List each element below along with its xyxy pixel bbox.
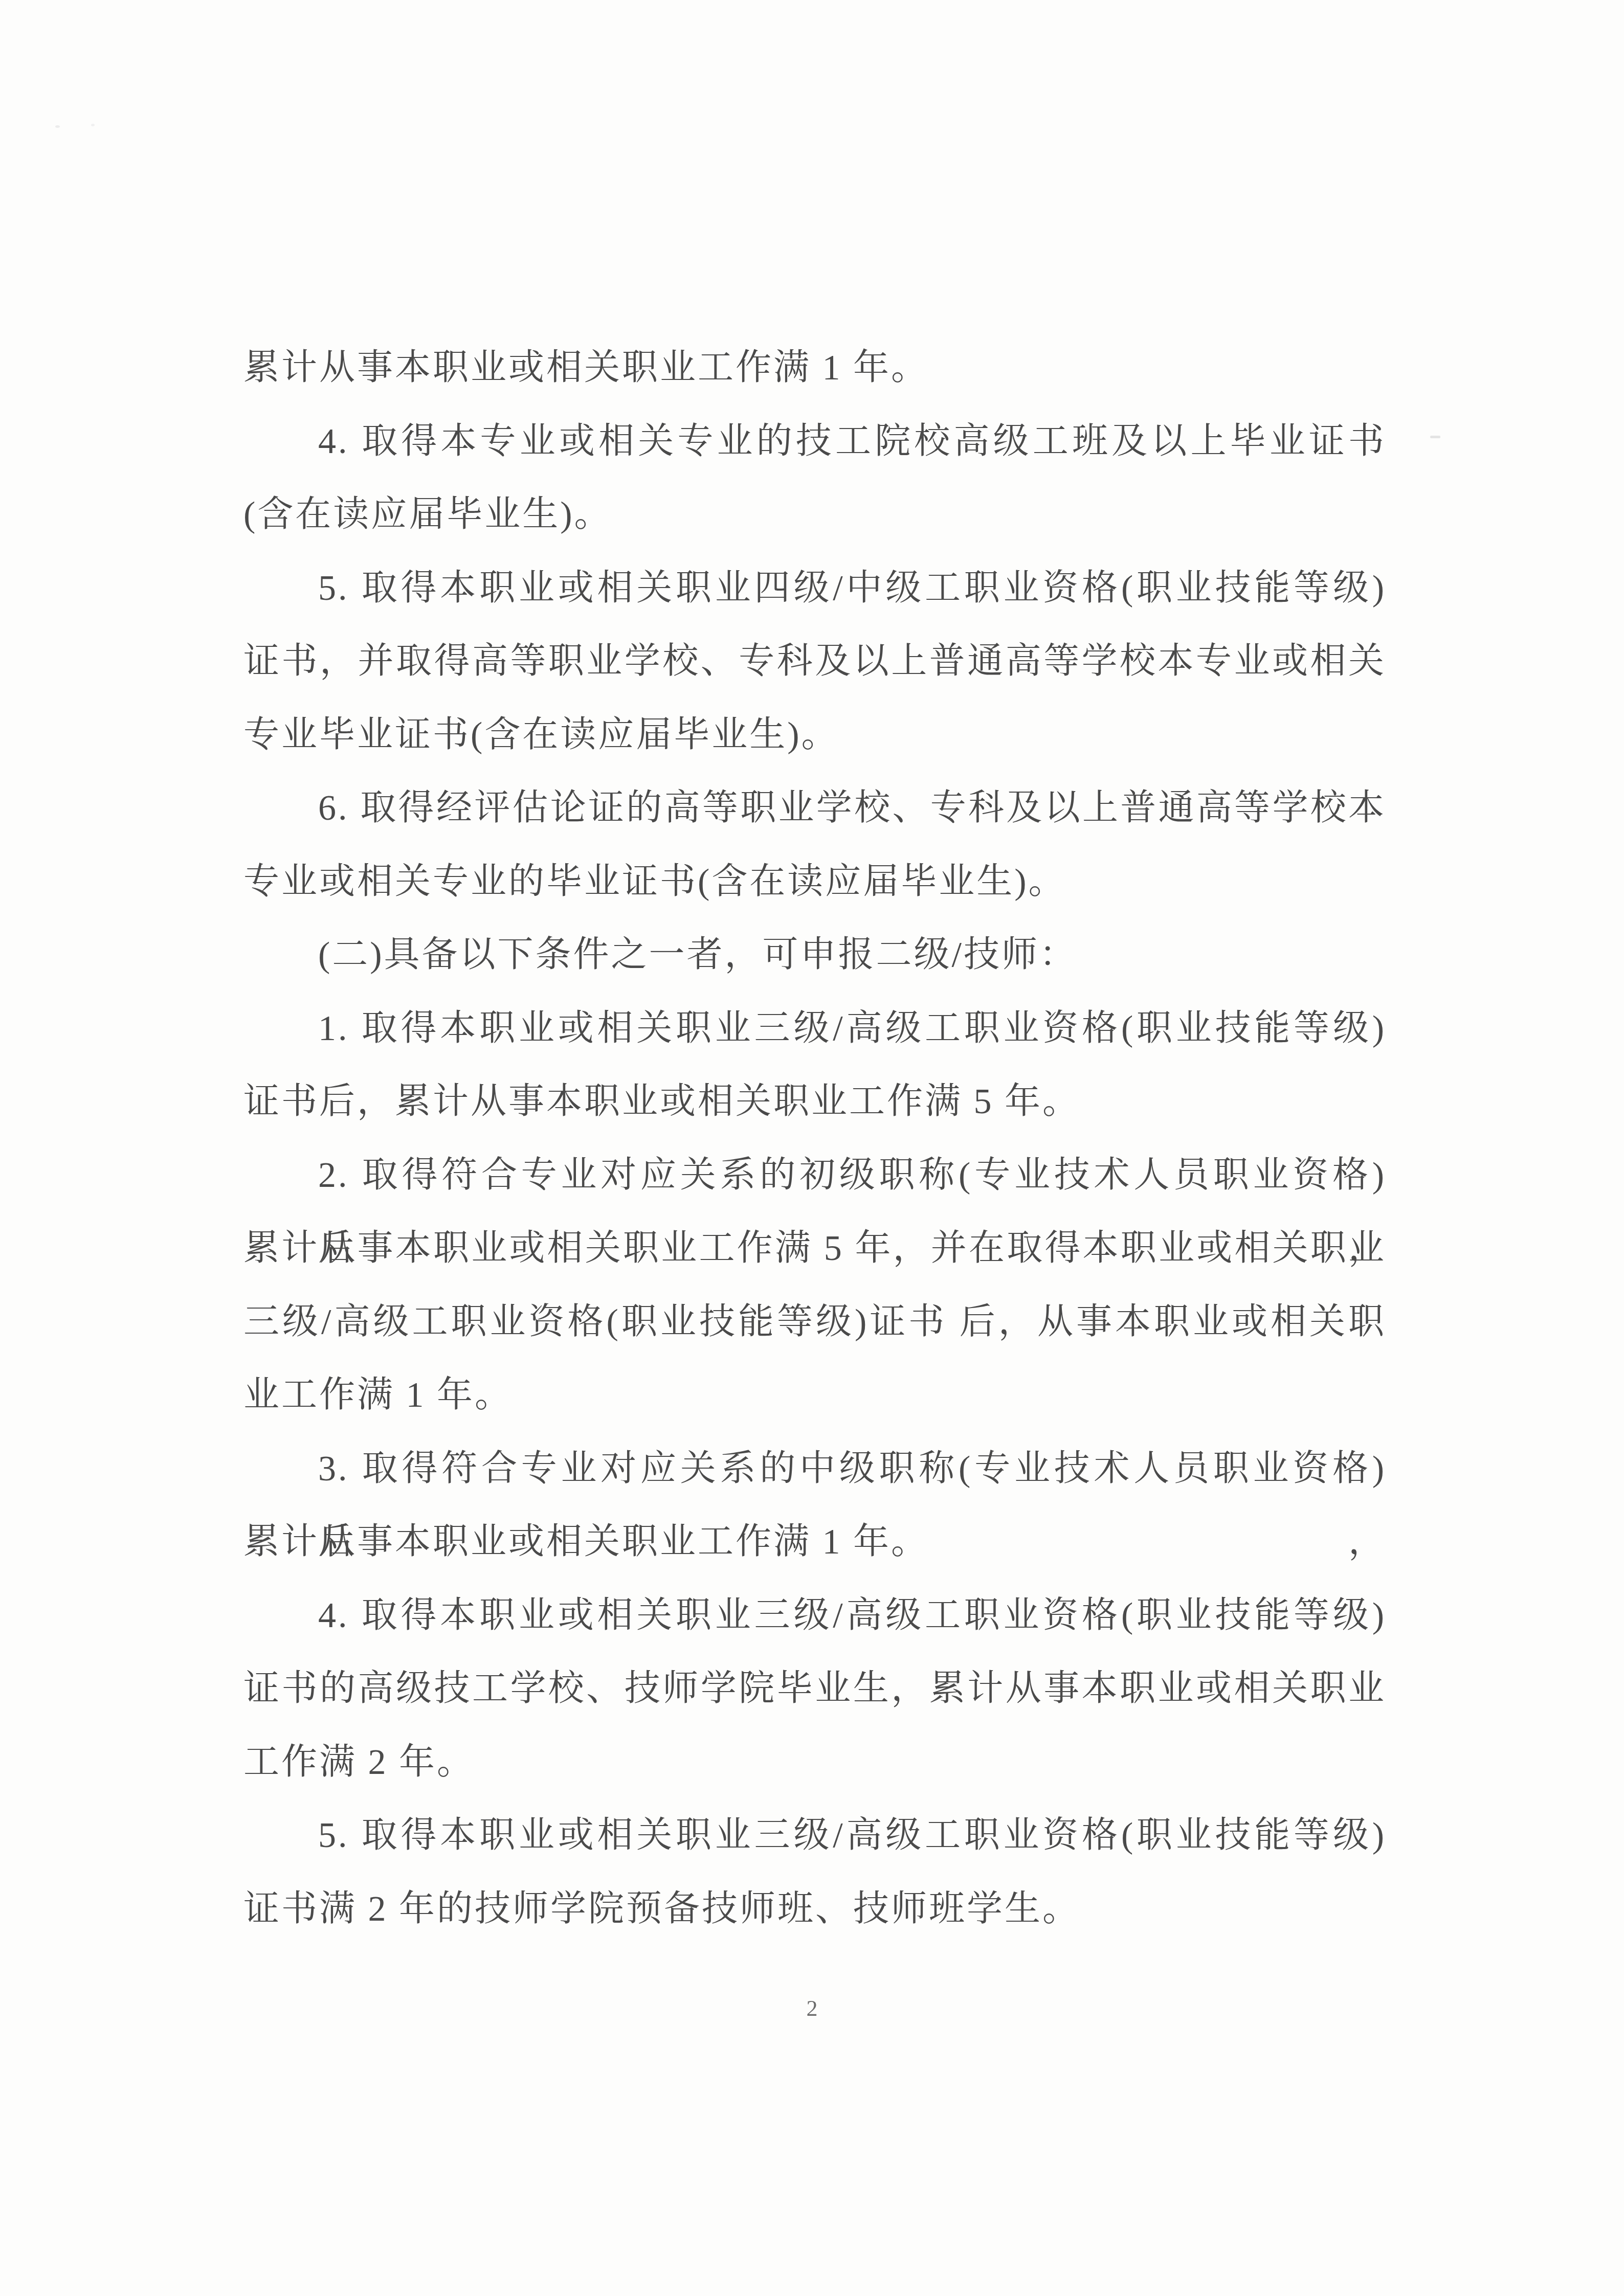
text-line: 三级/高级工职业资格(职业技能等级)证书 后，从事本职业或相关职: [243, 1286, 1386, 1359]
text-line: 4. 取得本职业或相关职业三级/高级工职业资格(职业技能等级): [243, 1579, 1386, 1653]
text-line: 证书的高级技工学校、技师学院毕业生，累计从事本职业或相关职业: [243, 1652, 1386, 1726]
text-line: 2. 取得符合专业对应关系的初级职称(专业技术人员职业资格)后，: [243, 1139, 1386, 1212]
text-line: 4. 取得本专业或相关专业的技工院校高级工班及以上毕业证书: [243, 405, 1386, 479]
scan-speck: [55, 125, 60, 128]
text-line: (含在读应届毕业生)。: [243, 478, 1386, 552]
text-line: 证书满 2 年的技师学院预备技师班、技师班学生。: [243, 1873, 1386, 1946]
text-line: 业工作满 1 年。: [243, 1359, 1386, 1432]
text-line: 6. 取得经评估论证的高等职业学校、专科及以上普通高等学校本: [243, 772, 1386, 845]
text-line: 证书，并取得高等职业学校、专科及以上普通高等学校本专业或相关: [243, 625, 1386, 699]
scan-speck: [91, 124, 95, 126]
text-line: 5. 取得本职业或相关职业三级/高级工职业资格(职业技能等级): [243, 1799, 1386, 1873]
text-line: 累计从事本职业或相关职业工作满 5 年，并在取得本职业或相关职业: [243, 1212, 1386, 1286]
page-number: 2: [0, 1993, 1624, 2024]
text-line: 证书后，累计从事本职业或相关职业工作满 5 年。: [243, 1065, 1386, 1139]
text-line: 专业或相关专业的毕业证书(含在读应届毕业生)。: [243, 845, 1386, 919]
scan-speck: [1430, 436, 1440, 438]
text-line: (二)具备以下条件之一者，可申报二级/技师：: [243, 918, 1386, 992]
text-line: 5. 取得本职业或相关职业四级/中级工职业资格(职业技能等级): [243, 552, 1386, 625]
document-page: 累计从事本职业或相关职业工作满 1 年。 4. 取得本专业或相关专业的技工院校高…: [0, 0, 1624, 2296]
text-line: 1. 取得本职业或相关职业三级/高级工职业资格(职业技能等级): [243, 992, 1386, 1066]
text-line: 专业毕业证书(含在读应届毕业生)。: [243, 699, 1386, 772]
text-line: 3. 取得符合专业对应关系的中级职称(专业技术人员职业资格)后，: [243, 1432, 1386, 1506]
text-line: 工作满 2 年。: [243, 1726, 1386, 1799]
text-line: 累计从事本职业或相关职业工作满 1 年。: [243, 331, 1386, 405]
body-text: 累计从事本职业或相关职业工作满 1 年。 4. 取得本专业或相关专业的技工院校高…: [243, 331, 1386, 1946]
